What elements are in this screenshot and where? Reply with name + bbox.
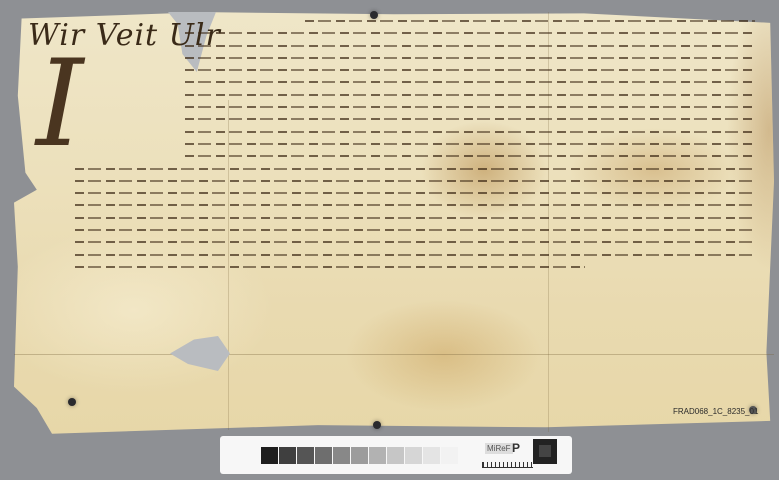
handwriting-line xyxy=(185,155,755,157)
gray-patch xyxy=(405,447,422,464)
handwriting-line xyxy=(75,241,755,243)
handwritten-text-body xyxy=(75,20,755,278)
gray-patch xyxy=(441,447,458,464)
handwriting-line xyxy=(75,229,755,231)
handwriting-line xyxy=(185,94,755,96)
handwriting-line xyxy=(185,57,755,59)
handwriting-line xyxy=(305,20,755,22)
handwriting-line xyxy=(185,32,755,34)
handwriting-line xyxy=(75,254,755,256)
black-reference-patch xyxy=(533,439,557,464)
gray-scale-patches xyxy=(261,447,458,464)
handwriting-line xyxy=(185,69,755,71)
handwriting-line xyxy=(185,45,755,47)
gray-patch xyxy=(297,447,314,464)
handwriting-line xyxy=(185,81,755,83)
scale-ruler xyxy=(482,462,533,468)
gray-patch xyxy=(261,447,278,464)
handwriting-line xyxy=(75,266,585,268)
gray-patch xyxy=(279,447,296,464)
gray-patch xyxy=(387,447,404,464)
nail-hole xyxy=(68,398,76,406)
handwriting-line xyxy=(185,131,755,133)
gray-patch xyxy=(333,447,350,464)
nail-hole xyxy=(370,11,378,19)
handwriting-line xyxy=(75,168,755,170)
gray-patch xyxy=(423,447,440,464)
chart-brand: MiReF xyxy=(485,443,513,454)
gray-patch xyxy=(369,447,386,464)
handwriting-line xyxy=(185,143,755,145)
color-calibration-chart: MiReF P xyxy=(220,436,572,474)
fold-line xyxy=(14,354,774,355)
gray-patch xyxy=(315,447,332,464)
handwriting-line xyxy=(185,118,755,120)
chart-logo: P xyxy=(512,441,520,455)
handwriting-line xyxy=(75,217,755,219)
handwriting-line xyxy=(75,180,755,182)
handwriting-line xyxy=(185,106,755,108)
archive-label: FRAD068_1C_8235_01 xyxy=(673,407,758,416)
nail-hole xyxy=(373,421,381,429)
handwriting-line xyxy=(75,204,755,206)
handwriting-line xyxy=(75,192,755,194)
gray-patch xyxy=(351,447,368,464)
